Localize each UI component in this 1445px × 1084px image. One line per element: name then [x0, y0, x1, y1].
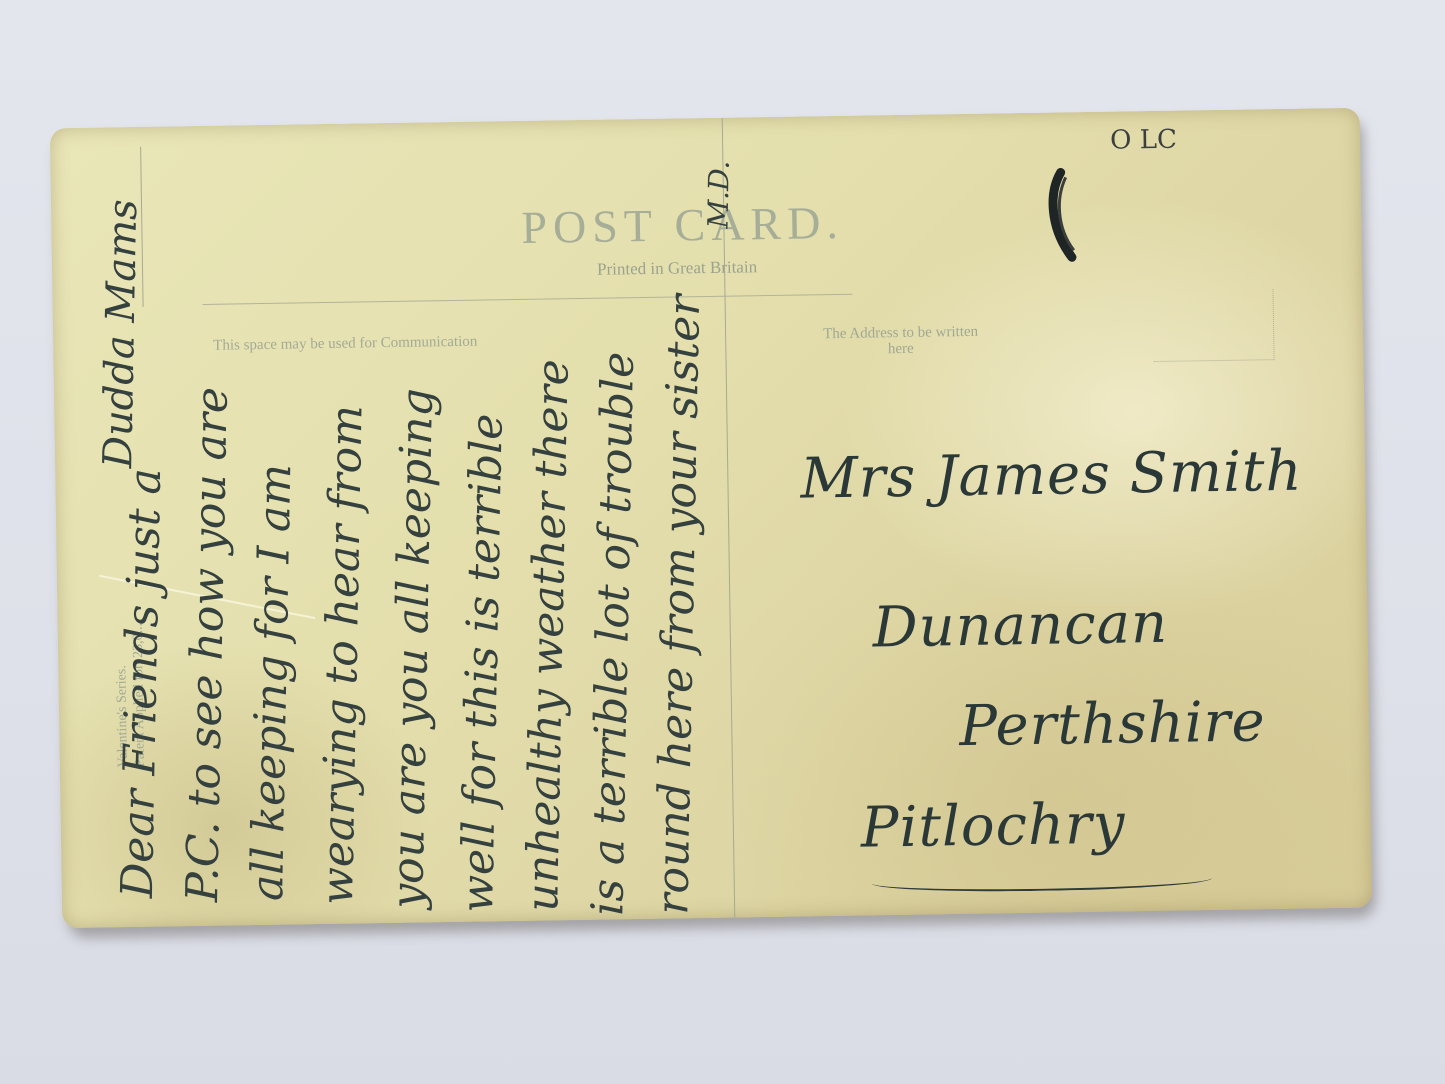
address-line-name: Mrs James Smith	[800, 439, 1303, 512]
message-line: all keeping for I am	[242, 464, 301, 902]
address-line-4: Pitlochry	[860, 792, 1126, 861]
address-note-line2: here	[823, 340, 978, 358]
address-line-3: Perthshire	[959, 689, 1266, 759]
postmark-fragment: O LC	[1110, 125, 1177, 156]
address-line-2: Dunancan	[872, 591, 1168, 661]
margin-note: Dudda Mams	[95, 199, 146, 469]
postcard: POST CARD. Printed in Great Britain This…	[50, 108, 1372, 928]
stamp-area	[1152, 289, 1274, 362]
postmark-icon	[1040, 132, 1102, 263]
message-line: round here from your sister	[647, 294, 710, 915]
message-line: is a terrible lot of trouble	[582, 351, 644, 916]
message-line: wearying to hear from	[312, 405, 373, 906]
message-line: Dear Friends just a	[112, 468, 171, 899]
message-line: well for this is terrible	[452, 413, 513, 913]
communication-note: This space may be used for Communication	[213, 334, 477, 355]
title-divider	[203, 294, 853, 305]
address-note-line1: The Address to be written	[823, 324, 978, 342]
message-line: P.C. to see how you are	[177, 387, 238, 903]
message-line: you are you all keeping	[382, 388, 443, 909]
address-note: The Address to be written here	[823, 324, 978, 358]
postcard-title: POST CARD.	[521, 196, 844, 254]
printed-in-note: Printed in Great Britain	[597, 257, 757, 280]
corner-note: M.D.	[701, 160, 735, 229]
address-underline	[872, 868, 1212, 893]
message-line: unhealthy weather there	[517, 359, 579, 912]
